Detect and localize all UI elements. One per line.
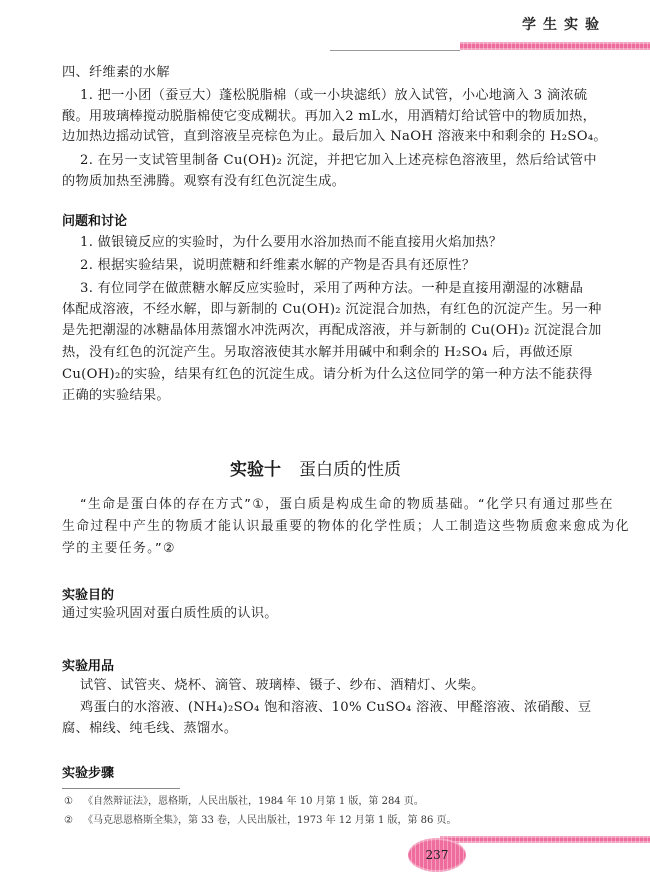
paragraph-line: 2. 在另一支试管里制备 Cu(OH)₂ 沉淀，并把它加入上述亮棕色溶液里，然后…: [80, 152, 602, 170]
discussion-question-2: 2. 根据实验结果，说明蔗糖和纤维素水解的产物是否具有还原性？: [80, 257, 620, 275]
discussion-question-3-line: 正确的实验结果。: [62, 387, 602, 405]
footnote-2: ②《马克思恩格斯全集》，第 33 卷，人民出版社，1973 年 12 月第 1 …: [64, 811, 457, 826]
purpose-heading: 实验目的: [62, 584, 114, 603]
experiment-number: 实验十: [230, 460, 281, 480]
footnote-text: 《马克思恩格斯全集》，第 33 卷，人民出版社，1973 年 12 月第 1 版…: [83, 815, 457, 826]
materials-reagents-line: 鸡蛋白的水溶液、(NH₄)₂SO₄ 饱和溶液、10% CuSO₄ 溶液、甲醛溶液…: [80, 699, 602, 717]
discussion-question-3-line: 3. 有位同学在做蔗糖水解反应实验时，采用了两种方法。一种是直接用潮湿的冰糖晶: [80, 280, 602, 298]
running-header-title: 学生实验: [522, 14, 606, 34]
footnote-mark: ②: [64, 815, 73, 826]
discussion-question-3-line: 热，没有红色的沉淀产生。另取溶液使其水解并用碱中和剩余的 H₂SO₄ 后，再做还…: [62, 344, 602, 362]
page-number: 237: [408, 848, 466, 862]
steps-heading: 实验步骤: [62, 762, 114, 781]
paragraph-line: 1. 把一小团（蚕豆大）蓬松脱脂棉（或一小块滤纸）放入试管，小心地滴入 3 滴浓…: [80, 87, 602, 105]
header-rule: [330, 50, 460, 51]
materials-apparatus: 试管、试管夹、烧杯、滴管、玻璃棒、镊子、纱布、酒精灯、火柴。: [80, 677, 620, 695]
quote-line: 生命过程中产生的物质才能认识最重要的物体的化学性质；人工制造这些物质愈来愈成为化: [62, 518, 602, 536]
discussion-question-3-line: 是先把潮湿的冰糖晶体用蒸馏水冲洗两次，再配成溶液，并与新制的 Cu(OH)₂ 沉…: [62, 322, 602, 340]
discussion-heading: 问题和讨论: [62, 210, 127, 229]
materials-reagents-line: 腐、棉线、纯毛线、蒸馏水。: [62, 720, 602, 738]
materials-heading: 实验用品: [62, 655, 114, 674]
discussion-question-3-line: Cu(OH)₂的实验，结果有红色的沉淀生成。请分析为什么这位同学的第一种方法不能…: [62, 366, 602, 384]
experiment-name: 蛋白质的性质: [299, 460, 401, 480]
discussion-question-3-line: 体配成溶液，不经水解，即与新制的 Cu(OH)₂ 沉淀混合加热，有红色的沉淀产生…: [62, 301, 602, 319]
footnote-rule: [62, 788, 180, 789]
quote-line: “生命是蛋白体的存在方式”①，蛋白质是构成生命的物质基础。“化学只有通过那些在: [80, 496, 602, 514]
quote-line: 学的主要任务。”②: [62, 540, 602, 558]
footnote-mark: ①: [64, 796, 73, 807]
discussion-question-1: 1. 做银镜反应的实验时，为什么要用水浴加热而不能直接用火焰加热？: [80, 234, 620, 252]
purpose-text: 通过实验巩固对蛋白质性质的认识。: [62, 605, 602, 623]
footnote-1: ①《自然辩证法》，恩格斯，人民出版社，1984 年 10 月第 1 版，第 28…: [64, 792, 424, 807]
paragraph-line: 的物质加热至沸腾。观察有没有红色沉淀生成。: [62, 173, 602, 191]
footnote-text: 《自然辩证法》，恩格斯，人民出版社，1984 年 10 月第 1 版，第 284…: [83, 796, 424, 807]
header-decorative-bar: [460, 42, 650, 50]
section-heading-cellulose-hydrolysis: 四、纤维素的水解: [62, 64, 602, 82]
paragraph-line: 边加热边摇动试管，直到溶液呈亮棕色为止。最后加入 NaOH 溶液来中和剩余的 H…: [62, 128, 602, 146]
footer-decorative-bar: [440, 836, 650, 843]
paragraph-line: 酸。用玻璃棒搅动脱脂棉使它变成糊状。再加入2 mL水，用酒精灯给试管中的物质加热…: [62, 108, 602, 126]
experiment-title: 实验十蛋白质的性质: [230, 455, 401, 480]
